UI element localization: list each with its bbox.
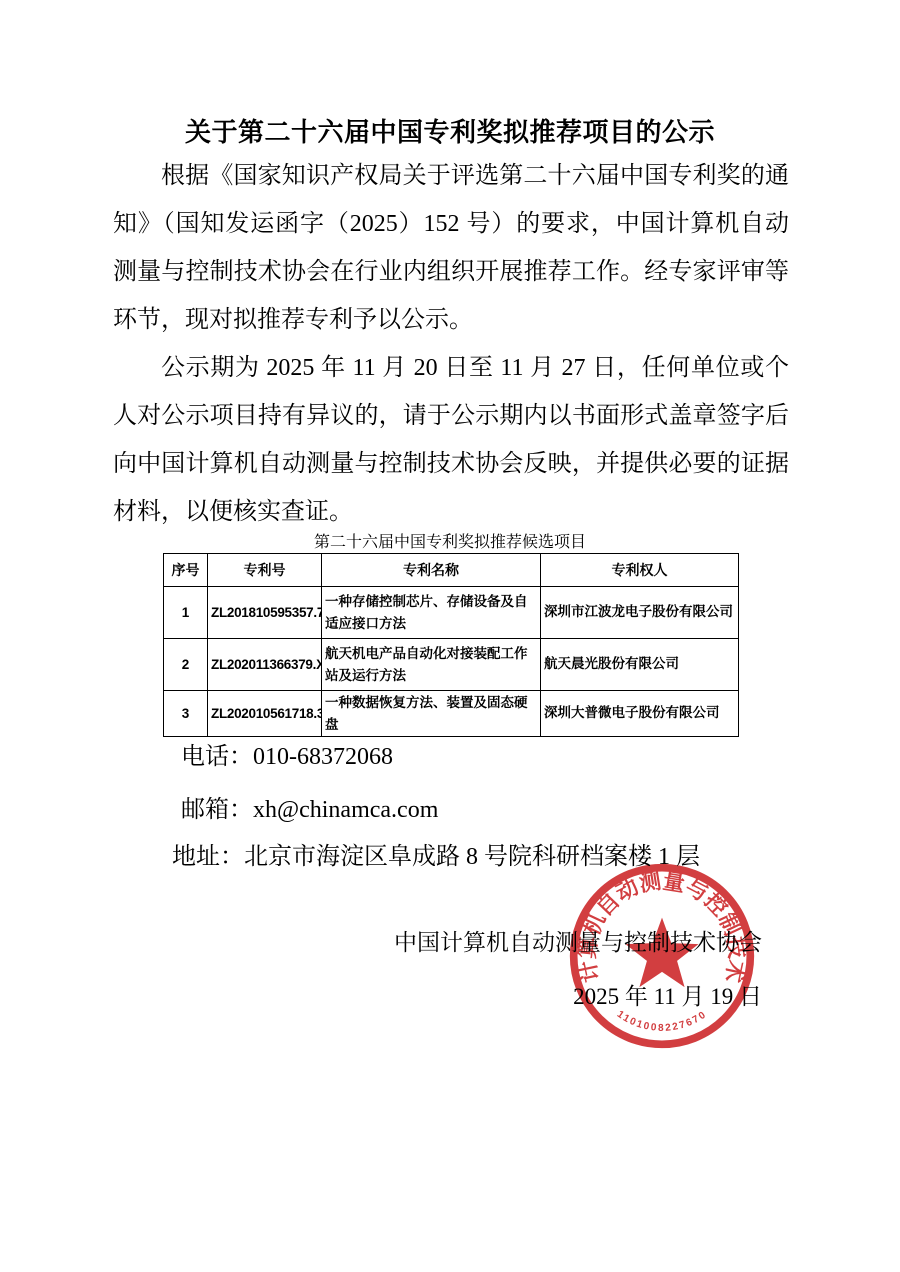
document-page: 关于第二十六届中国专利奖拟推荐项目的公示 根据《国家知识产权局关于评选第二十六届… [0, 0, 900, 1272]
cell-patent-no: ZL202010561718.3 [208, 691, 322, 737]
table-row: 1 ZL201810595357.7 一种存储控制芯片、存储设备及自适应接口方法… [164, 587, 739, 639]
cell-patent-name: 一种数据恢复方法、装置及固态硬盘 [322, 691, 541, 737]
cell-seq: 1 [164, 587, 208, 639]
table-caption: 第二十六届中国专利奖拟推荐候选项目 [0, 529, 900, 552]
cell-seq: 2 [164, 639, 208, 691]
cell-patentee: 深圳市江波龙电子股份有限公司 [541, 587, 739, 639]
cell-seq: 3 [164, 691, 208, 737]
cell-patent-no: ZL201810595357.7 [208, 587, 322, 639]
cell-patentee: 航天晨光股份有限公司 [541, 639, 739, 691]
header-seq: 序号 [164, 554, 208, 587]
table-row: 2 ZL202011366379.X 航天机电产品自动化对接装配工作站及运行方法… [164, 639, 739, 691]
table-row: 3 ZL202010561718.3 一种数据恢复方法、装置及固态硬盘 深圳大普… [164, 691, 739, 737]
paragraph-publicity-period: 公示期为 2025 年 11 月 20 日至 11 月 27 日，任何单位或个人… [113, 344, 789, 536]
contact-email: 邮箱：xh@chinamca.com [181, 789, 438, 824]
header-patent-no: 专利号 [208, 554, 322, 587]
paragraph-basis: 根据《国家知识产权局关于评选第二十六届中国专利奖的通知》（国知发运函字（2025… [113, 152, 789, 344]
official-seal-stamp: 中国计算机自动测量与控制技术协会 1101008227670 [566, 860, 758, 1052]
cell-patent-no: ZL202011366379.X [208, 639, 322, 691]
table-header-row: 序号 专利号 专利名称 专利权人 [164, 554, 739, 587]
header-patentee: 专利权人 [541, 554, 739, 587]
stamp-code: 1101008227670 [615, 1009, 709, 1034]
contact-phone: 电话：010-68372068 [181, 736, 393, 771]
patent-table: 序号 专利号 专利名称 专利权人 1 ZL201810595357.7 一种存储… [163, 553, 739, 737]
cell-patent-name: 航天机电产品自动化对接装配工作站及运行方法 [322, 639, 541, 691]
star-icon [625, 918, 698, 987]
body-text: 根据《国家知识产权局关于评选第二十六届中国专利奖的通知》（国知发运函字（2025… [113, 152, 789, 536]
stamp-code-holder: 1101008227670 [615, 1009, 709, 1034]
header-patent-name: 专利名称 [322, 554, 541, 587]
cell-patent-name: 一种存储控制芯片、存储设备及自适应接口方法 [322, 587, 541, 639]
cell-patentee: 深圳大普微电子股份有限公司 [541, 691, 739, 737]
stamp-graphic: 中国计算机自动测量与控制技术协会 1101008227670 [566, 860, 758, 1052]
page-title: 关于第二十六届中国专利奖拟推荐项目的公示 [0, 112, 900, 149]
